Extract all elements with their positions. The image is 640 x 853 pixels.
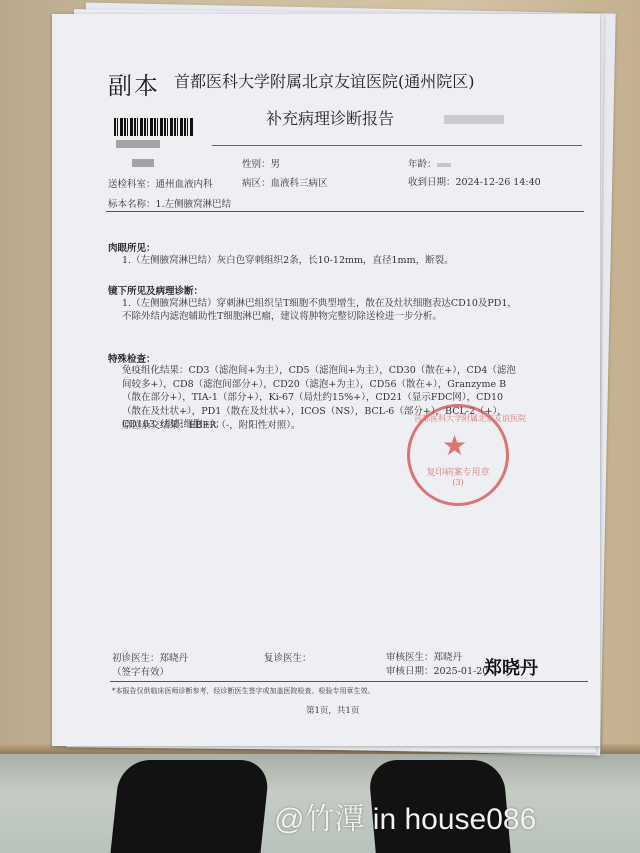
microscopic-heading: 镜下所见及病理诊断： xyxy=(108,283,203,297)
header-top-rule xyxy=(212,145,582,146)
dept-label: 送检科室： xyxy=(108,179,156,190)
age-label: 年龄： xyxy=(408,159,437,170)
audit-date-field: 审核日期：2025-01-20 xyxy=(386,663,488,677)
gender-value: 男 xyxy=(271,159,281,170)
ward-value: 血液科三病区 xyxy=(271,178,328,189)
audit-date-label: 审核日期： xyxy=(386,666,434,677)
gender-field: 性别：男 xyxy=(242,156,280,170)
audit-doctor-field: 审核医生：郑晓丹 xyxy=(386,649,462,663)
watermark: @竹潭 in house086 xyxy=(274,794,536,838)
gross-heading: 肉眼所见： xyxy=(108,240,156,254)
dept-field: 送检科室：通州血液内科 xyxy=(108,176,213,190)
footer-rule xyxy=(110,681,588,682)
stamp-number: (3) xyxy=(420,478,496,487)
microscopic-line-2: 不除外结内滤泡辅助性T细胞淋巴瘤，建议将肿物完整切除送检进一步分析。 xyxy=(122,310,442,324)
copy-mark: 副本 xyxy=(108,66,160,101)
hospital-seal-stamp: 首都医科大学附属北京友谊医院 ★ 复印病案专用章 (3) xyxy=(407,404,509,506)
stamp-label: 复印病案专用章 xyxy=(420,465,496,478)
ish-result-text: 原位杂交结果：EBER（-，附阳性对照）。 xyxy=(122,419,300,433)
star-icon: ★ xyxy=(442,429,467,462)
audit-date-value: 2025-01-20 xyxy=(434,666,489,677)
microscopic-line-1: 1.（左侧腋窝淋巴结）穿刺淋巴组织呈T细胞不典型增生，散在及灶状细胞表达CD10… xyxy=(122,297,517,311)
gender-label: 性别： xyxy=(242,159,271,170)
report-title: 补充病理诊断报告 xyxy=(266,106,394,129)
audit-doctor-label: 审核医生： xyxy=(386,652,434,663)
person-leg-left xyxy=(110,760,271,853)
handwritten-signature: 郑晓丹 xyxy=(484,654,538,680)
stamp-arc-text: 首都医科大学附属北京友谊医院 xyxy=(414,413,500,424)
hospital-name: 首都医科大学附属北京友谊医院(通州院区) xyxy=(174,69,475,92)
received-value: 2024-12-26 14:40 xyxy=(456,177,541,188)
age-field: 年龄： xyxy=(408,156,451,170)
received-label: 收到日期： xyxy=(408,177,456,188)
gross-text: 1.（左侧腋窝淋巴结）灰白色穿刺组织2条，长10-12mm，直径1mm，断裂。 xyxy=(122,254,454,268)
review-doctor-label: 复诊医生： xyxy=(264,650,312,664)
audit-doctor-value: 郑晓丹 xyxy=(434,652,463,663)
initial-doctor-label: 初诊医生： xyxy=(112,653,160,664)
specimen-field: 标本名称：1.左侧腋窝淋巴结 xyxy=(108,196,231,210)
disclaimer-text: *本报告仅供临床医师诊断参考，经诊断医生签字或加盖医院检查、检验专用章生效。 xyxy=(112,686,375,696)
pathology-report-page: 副本 首都医科大学附属北京友谊医院(通州院区) 补充病理诊断报告 性别：男 年龄… xyxy=(52,14,600,746)
redacted-number xyxy=(444,115,504,124)
dept-value: 通州血液内科 xyxy=(156,179,213,190)
ward-field: 病区：血液科三病区 xyxy=(242,175,328,189)
ward-label: 病区： xyxy=(242,178,271,189)
received-date-field: 收到日期：2024-12-26 14:40 xyxy=(408,174,541,188)
page-info: 第1页，共1页 xyxy=(306,704,359,716)
initial-doctor-field: 初诊医生：郑晓丹 xyxy=(112,650,188,664)
special-heading: 特殊检查： xyxy=(108,351,156,365)
signature-valid-note: （签字有效） xyxy=(112,664,169,678)
header-bottom-rule xyxy=(106,211,584,212)
redacted-age xyxy=(437,163,451,167)
specimen-label: 标本名称： xyxy=(108,199,156,210)
specimen-value: 1.左侧腋窝淋巴结 xyxy=(156,199,232,210)
initial-doctor-value: 郑晓丹 xyxy=(160,653,189,664)
barcode xyxy=(114,118,194,136)
redacted-name xyxy=(132,159,154,167)
redacted-id xyxy=(116,140,160,148)
